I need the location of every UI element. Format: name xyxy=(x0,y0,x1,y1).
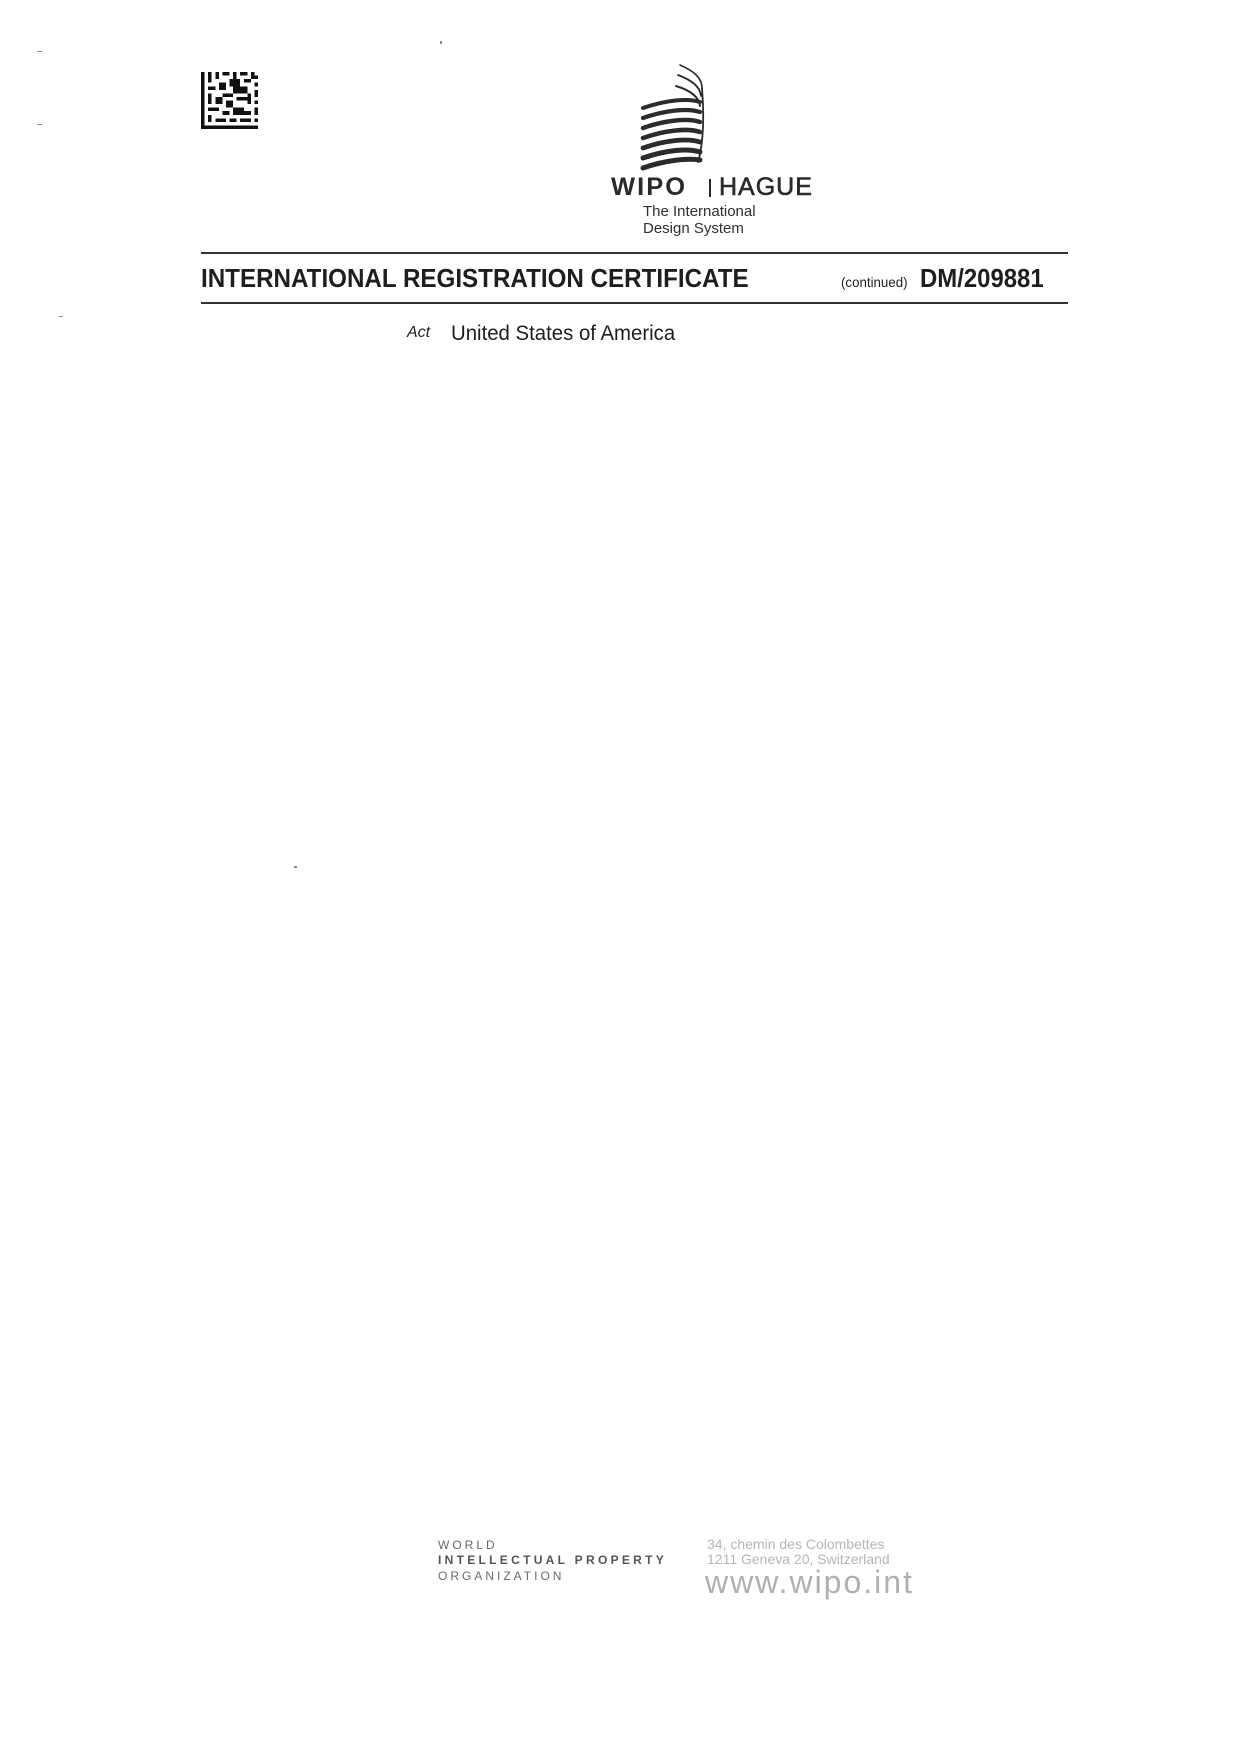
datamatrix-barcode xyxy=(201,72,258,129)
continued-label: (continued) xyxy=(841,274,908,290)
act-label: Act xyxy=(407,324,430,342)
footer-org-line3: ORGANIZATION xyxy=(438,1569,564,1584)
footer-org-line1: WORLD xyxy=(438,1538,498,1553)
logo-hague-text: HAGUE xyxy=(719,175,813,200)
scan-speck xyxy=(37,124,42,125)
scan-speck xyxy=(440,41,442,44)
certificate-title: INTERNATIONAL REGISTRATION CERTIFICATE xyxy=(201,264,749,292)
wipo-globe-icon xyxy=(636,62,708,176)
logo-subtitle-line1: The International xyxy=(643,203,756,220)
footer-org-line2: INTELLECTUAL PROPERTY xyxy=(438,1553,667,1568)
scan-speck xyxy=(59,316,63,317)
act-value: United States of America xyxy=(451,322,675,346)
registration-number: DM/209881 xyxy=(920,264,1044,292)
logo-subtitle-line2: Design System xyxy=(643,220,744,237)
footer-website: www.wipo.int xyxy=(705,1565,914,1599)
scan-speck xyxy=(294,866,297,868)
scan-speck xyxy=(37,51,42,52)
header-bottom-rule xyxy=(201,302,1068,304)
footer-address-line1: 34, chemin des Colombettes xyxy=(707,1536,884,1552)
logo-wipo-text: WIPO xyxy=(611,175,687,200)
logo-separator xyxy=(709,179,711,197)
header-top-rule xyxy=(201,252,1068,254)
